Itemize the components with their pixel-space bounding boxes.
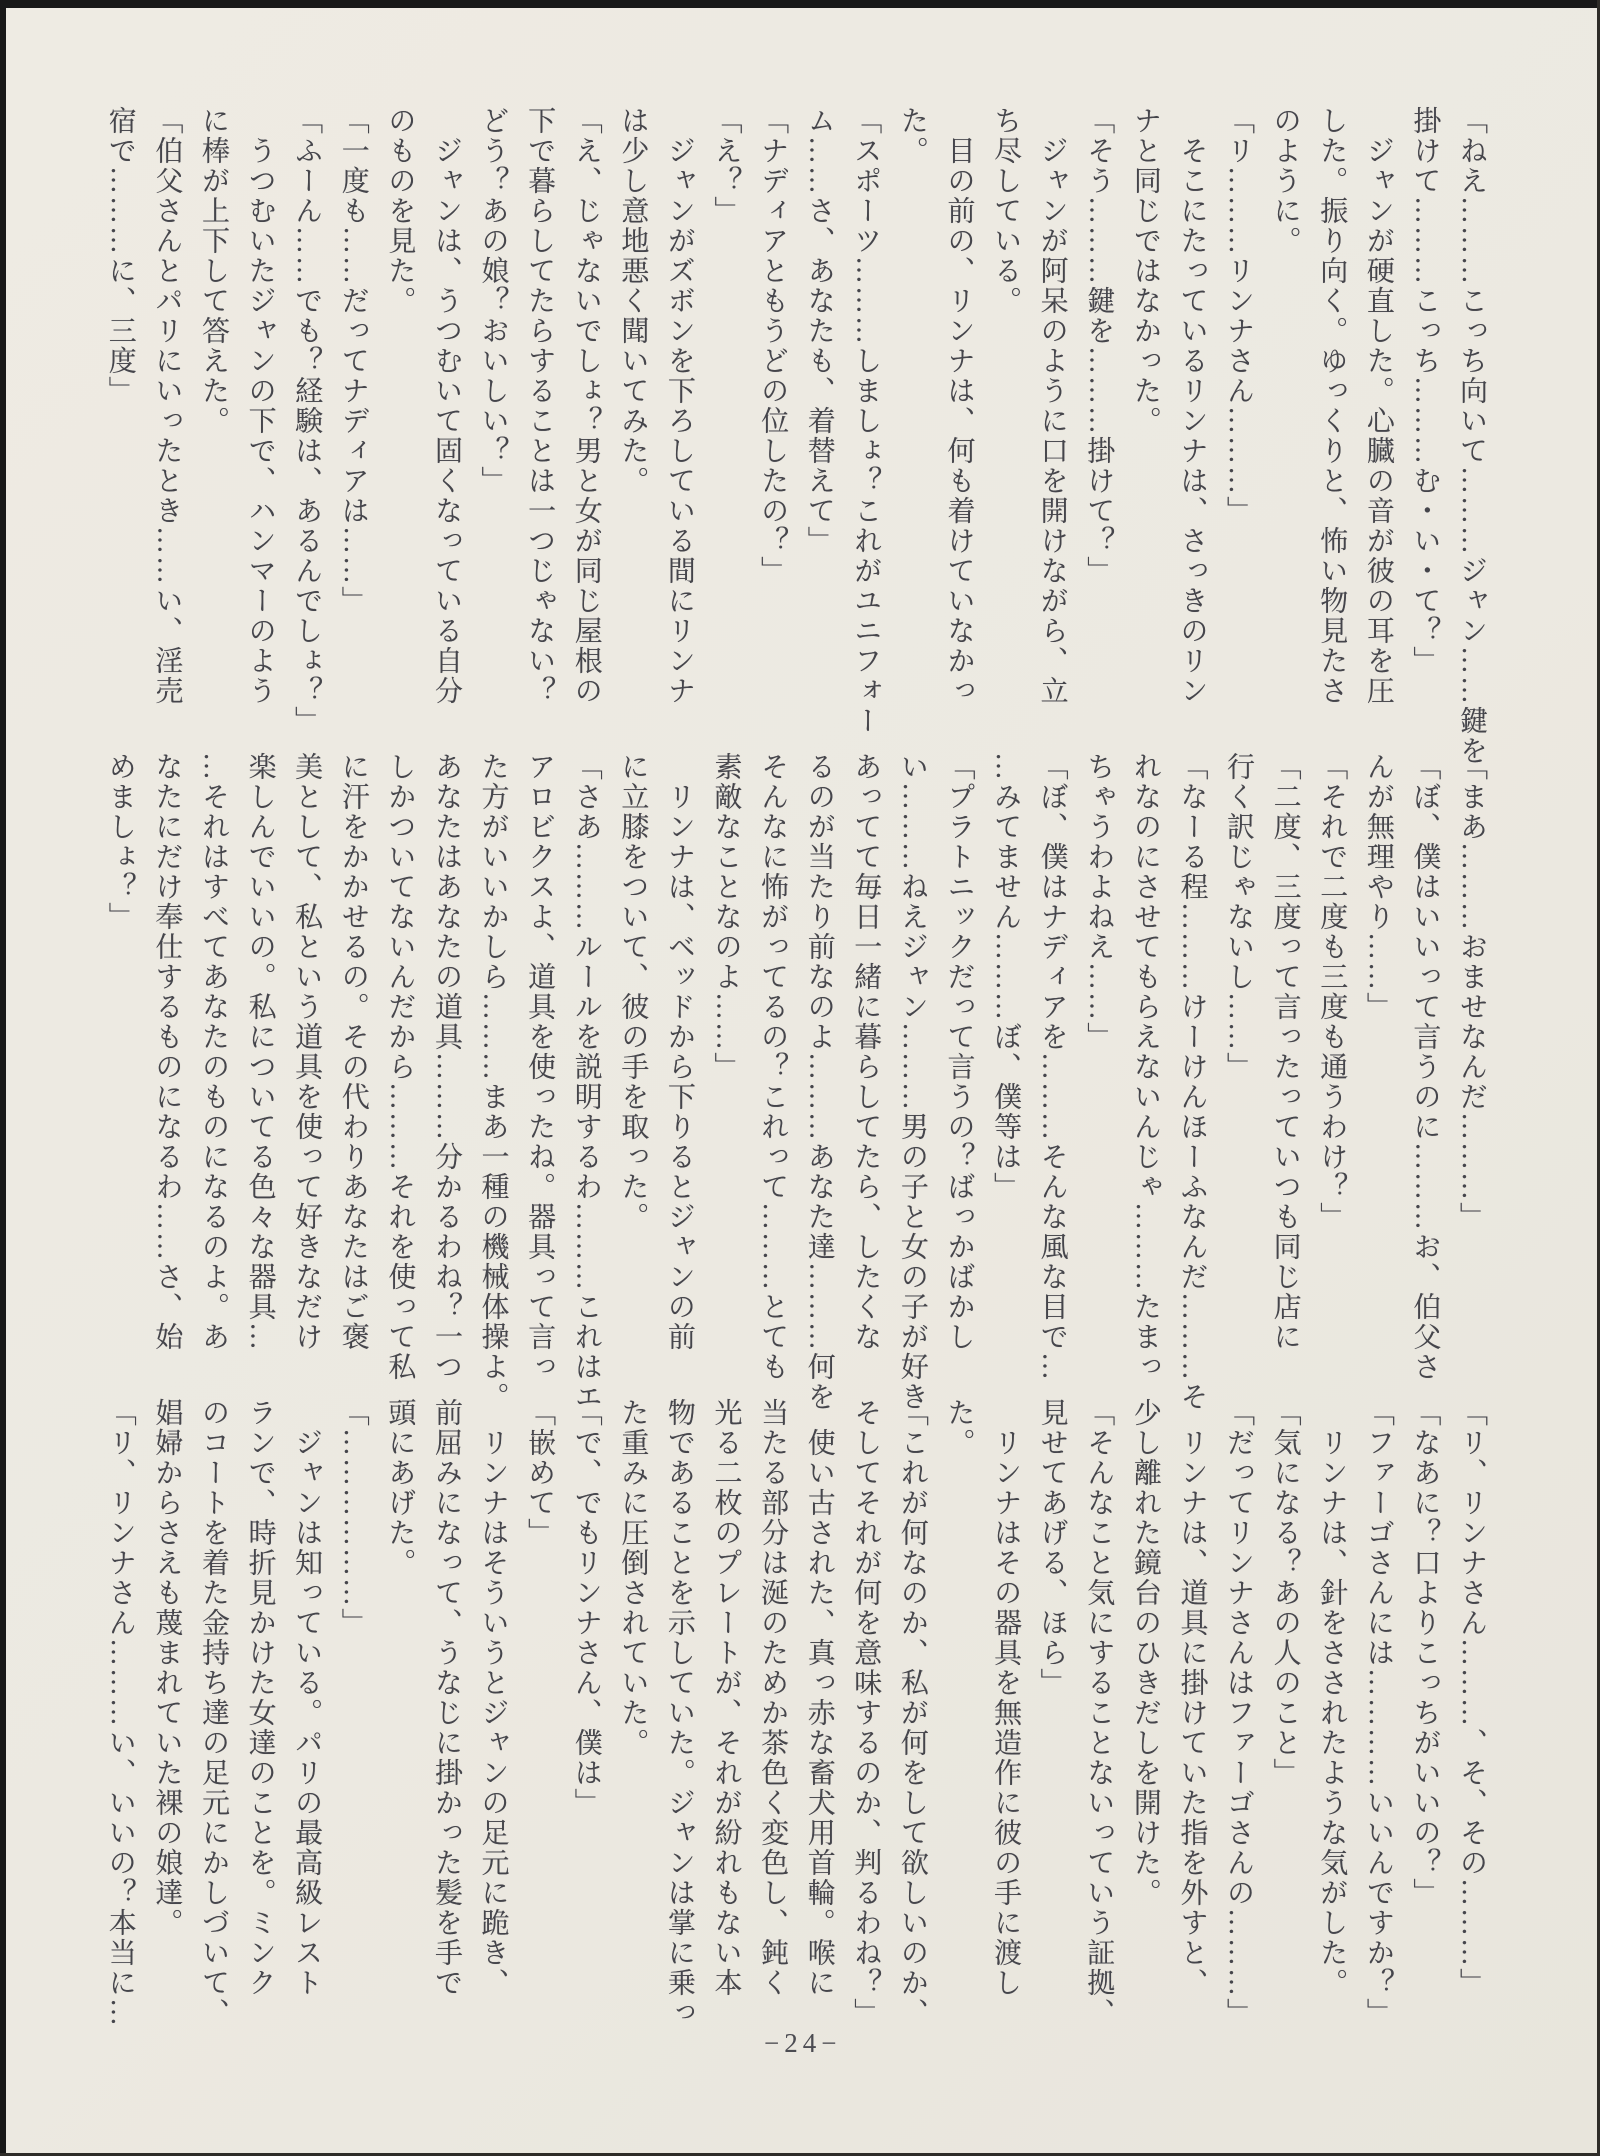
- text-column: た方がいいかしら………まあ一種の機械体操よ。: [469, 752, 516, 1404]
- scan-edge-left: [0, 0, 6, 2156]
- text-column: ム……さ、あなたも、着替えて」: [795, 106, 842, 758]
- text-column: 「え？」: [702, 106, 749, 758]
- text-column: うつむいたジャンの下で、ハンマーのよう: [236, 106, 283, 758]
- text-column: 「伯父さんとパリにいったとき……い、淫売: [143, 106, 190, 758]
- text-column: 「そんなこと気にすることないっていう証拠、: [1075, 1398, 1122, 2050]
- text-column: リンナはその器具を無造作に彼の手に渡し: [981, 1398, 1028, 2050]
- text-column: ジャンは、うつむいて固くなっている自分: [422, 106, 469, 758]
- text-column: 「そう………鍵を………掛けて？」: [1075, 106, 1122, 758]
- text-column: 宿で………に、三度」: [96, 106, 143, 758]
- text-column: 掛けて………こっち………む・い・て？」: [1401, 106, 1448, 758]
- text-column: 「スポーツ………しましょ？これがユニフォー: [842, 106, 889, 758]
- text-band-1: 「ねえ………こっち向いて………ジャン……鍵を掛けて………こっち………む・い・て？…: [96, 106, 1494, 758]
- text-column: に汗をかかせるの。その代わりあなたはご褒: [329, 752, 376, 1404]
- text-column: ランで、時折見かけた女達のことを。ミンク: [236, 1398, 283, 2050]
- text-column: 使い古された、真っ赤な畜犬用首輪。喉に: [795, 1398, 842, 2050]
- text-column: た。: [935, 1398, 982, 2050]
- text-column: そんなに怖がってるの？これって………とても: [749, 752, 796, 1404]
- text-column: 「で、でもリンナさん、僕は」: [562, 1398, 609, 2050]
- text-column: 少し離れた鏡台のひきだしを開けた。: [1121, 1398, 1168, 2050]
- text-column: 頭にあげた。: [376, 1398, 423, 2050]
- text-column: あってて毎日一緒に暮らしてたら、したくな: [842, 752, 889, 1404]
- text-column: 楽しんでいいの。私についてる色々な器具…: [236, 752, 283, 1404]
- text-column: 「なーる程………けーけんほーふなんだ………そ: [1168, 752, 1215, 1404]
- text-column: 目の前の、リンナは、何も着けていなかっ: [935, 106, 982, 758]
- text-column: 「これが何なのか、私が何をして欲しいのか、: [888, 1398, 935, 2050]
- text-column: そしてそれが何を意味するのか、判るわね？」: [842, 1398, 889, 2050]
- text-column: リンナは、針をさされたような気がした。: [1308, 1398, 1355, 2050]
- text-column: 「なあに？口よりこっちがいいの？」: [1401, 1398, 1448, 2050]
- text-column: リンナはそういうとジャンの足元に跪き、: [469, 1398, 516, 2050]
- text-column: 光る二枚のプレートが、それが紛れもない本: [702, 1398, 749, 2050]
- text-column: あなたはあなたの道具………分かるわね？一つ: [422, 752, 469, 1404]
- text-column: 「一度も……だってナディアは……」: [329, 106, 376, 758]
- text-column: 行く訳じゃないし……」: [1214, 752, 1261, 1404]
- text-column: に棒が上下して答えた。: [189, 106, 236, 758]
- text-column: ジャンは知っている。パリの最高級レスト: [283, 1398, 330, 2050]
- page-number: −24−: [764, 2028, 841, 2059]
- scanned-page: 「ねえ………こっち向いて………ジャン……鍵を掛けて………こっち………む・い・て？…: [0, 0, 1600, 2156]
- text-column: 素敵なことなのよ……」: [702, 752, 749, 1404]
- text-column: た。: [888, 106, 935, 758]
- text-column: のように。: [1261, 106, 1308, 758]
- text-column: 「………………」: [329, 1398, 376, 2050]
- text-column: 前屈みになって、うなじに掛かった髪を手で: [422, 1398, 469, 2050]
- text-column: 「ファーゴさんには…………いいんですか？」: [1354, 1398, 1401, 2050]
- text-column: 「二度、三度って言ったっていつも同じ店に: [1261, 752, 1308, 1404]
- text-column: れなのにさせてもらえないんじゃ………たまっ: [1121, 752, 1168, 1404]
- text-column: 物であることを示していた。ジャンは掌に乗っ: [655, 1398, 702, 2050]
- text-column: 「気になる？あの人のこと」: [1261, 1398, 1308, 2050]
- text-column: ジャンが硬直した。心臓の音が彼の耳を圧: [1354, 106, 1401, 758]
- text-column: 「ナディアともうどの位したの？」: [749, 106, 796, 758]
- text-column: 「それで二度も三度も通うわけ？」: [1308, 752, 1355, 1404]
- text-column: のコートを着た金持ち達の足元にかしづいて、: [189, 1398, 236, 2050]
- text-column: 「ふーん……でも？経験は、あるんでしょ？」: [283, 106, 330, 758]
- text-column: ナと同じではなかった。: [1121, 106, 1168, 758]
- text-column: に立膝をついて、彼の手を取った。: [609, 752, 656, 1404]
- text-band-3: 「リ、リンナさん………、そ、その………」「なあに？口よりこっちがいいの？」「ファ…: [96, 1398, 1494, 2050]
- text-column: ちゃうわよねえ……」: [1075, 752, 1122, 1404]
- text-column: 「プラトニックだって言うの？ばっかばかし: [935, 752, 982, 1404]
- text-column: リンナは、ベッドから下りるとジャンの前: [655, 752, 702, 1404]
- scan-edge-top: [0, 0, 1600, 8]
- text-column: 「え、じゃないでしょ？男と女が同じ屋根の: [562, 106, 609, 758]
- text-column: リンナは、道具に掛けていた指を外すと、: [1168, 1398, 1215, 2050]
- text-column: …みてません………ぼ、僕等は」: [981, 752, 1028, 1404]
- text-column: 当たる部分は涎のためか茶色く変色し、鈍く: [749, 1398, 796, 2050]
- text-column: めましょ？」: [96, 752, 143, 1404]
- text-column: た重みに圧倒されていた。: [609, 1398, 656, 2050]
- text-column: い………ねえジャン………男の子と女の子が好き: [888, 752, 935, 1404]
- text-column: ジャンがズボンを下ろしている間にリンナ: [655, 106, 702, 758]
- text-column: しかついてないんだから………それを使って私: [376, 752, 423, 1404]
- text-column: そこにたっているリンナは、さっきのリン: [1168, 106, 1215, 758]
- text-column: 「リ………リンナさん………」: [1214, 106, 1261, 758]
- text-column: した。振り向く。ゆっくりと、怖い物見たさ: [1308, 106, 1355, 758]
- text-column: ち尽している。: [981, 106, 1028, 758]
- text-column: んが無理やり……」: [1354, 752, 1401, 1404]
- text-column: 「リ、リンナさん………、そ、その………」: [1447, 1398, 1494, 2050]
- text-column: のものを見た。: [376, 106, 423, 758]
- text-column: 「ぼ、僕はナディアを………そんな風な目で…: [1028, 752, 1075, 1404]
- text-column: るのが当たり前なのよ………あなた達………何を: [795, 752, 842, 1404]
- text-column: アロビクスよ、道具を使ったね。器具って言っ: [516, 752, 563, 1404]
- text-column: なたにだけ奉仕するものになるわ……さ、始: [143, 752, 190, 1404]
- text-column: は少し意地悪く聞いてみた。: [609, 106, 656, 758]
- text-column: 「ぼ、僕はいいって言うのに………お、伯父さ: [1401, 752, 1448, 1404]
- text-column: 「リ、リンナさん………い、いいの？本当に…: [96, 1398, 143, 2050]
- text-column: …それはすべてあなたのものになるのよ。あ: [189, 752, 236, 1404]
- text-column: 下で暮らしてたらすることは一つじゃない？: [516, 106, 563, 758]
- text-band-2: 「まあ………おませなんだ………」「ぼ、僕はいいって言うのに………お、伯父さんが無…: [96, 752, 1494, 1404]
- text-column: 「ねえ………こっち向いて………ジャン……鍵を: [1447, 106, 1494, 758]
- text-column: 「だってリンナさんはファーゴさんの………」: [1214, 1398, 1261, 2050]
- text-column: 娼婦からさえも蔑まれていた裸の娘達。: [143, 1398, 190, 2050]
- text-column: 「さあ………ルールを説明するわ………これはエ: [562, 752, 609, 1404]
- text-column: 「まあ………おませなんだ………」: [1447, 752, 1494, 1404]
- text-column: 見せてあげる、ほら」: [1028, 1398, 1075, 2050]
- text-column: 「嵌めて」: [516, 1398, 563, 2050]
- text-column: どう？あの娘？おいしい？」: [469, 106, 516, 758]
- text-column: 美として、私という道具を使って好きなだけ: [283, 752, 330, 1404]
- text-column: ジャンが阿呆のように口を開けながら、立: [1028, 106, 1075, 758]
